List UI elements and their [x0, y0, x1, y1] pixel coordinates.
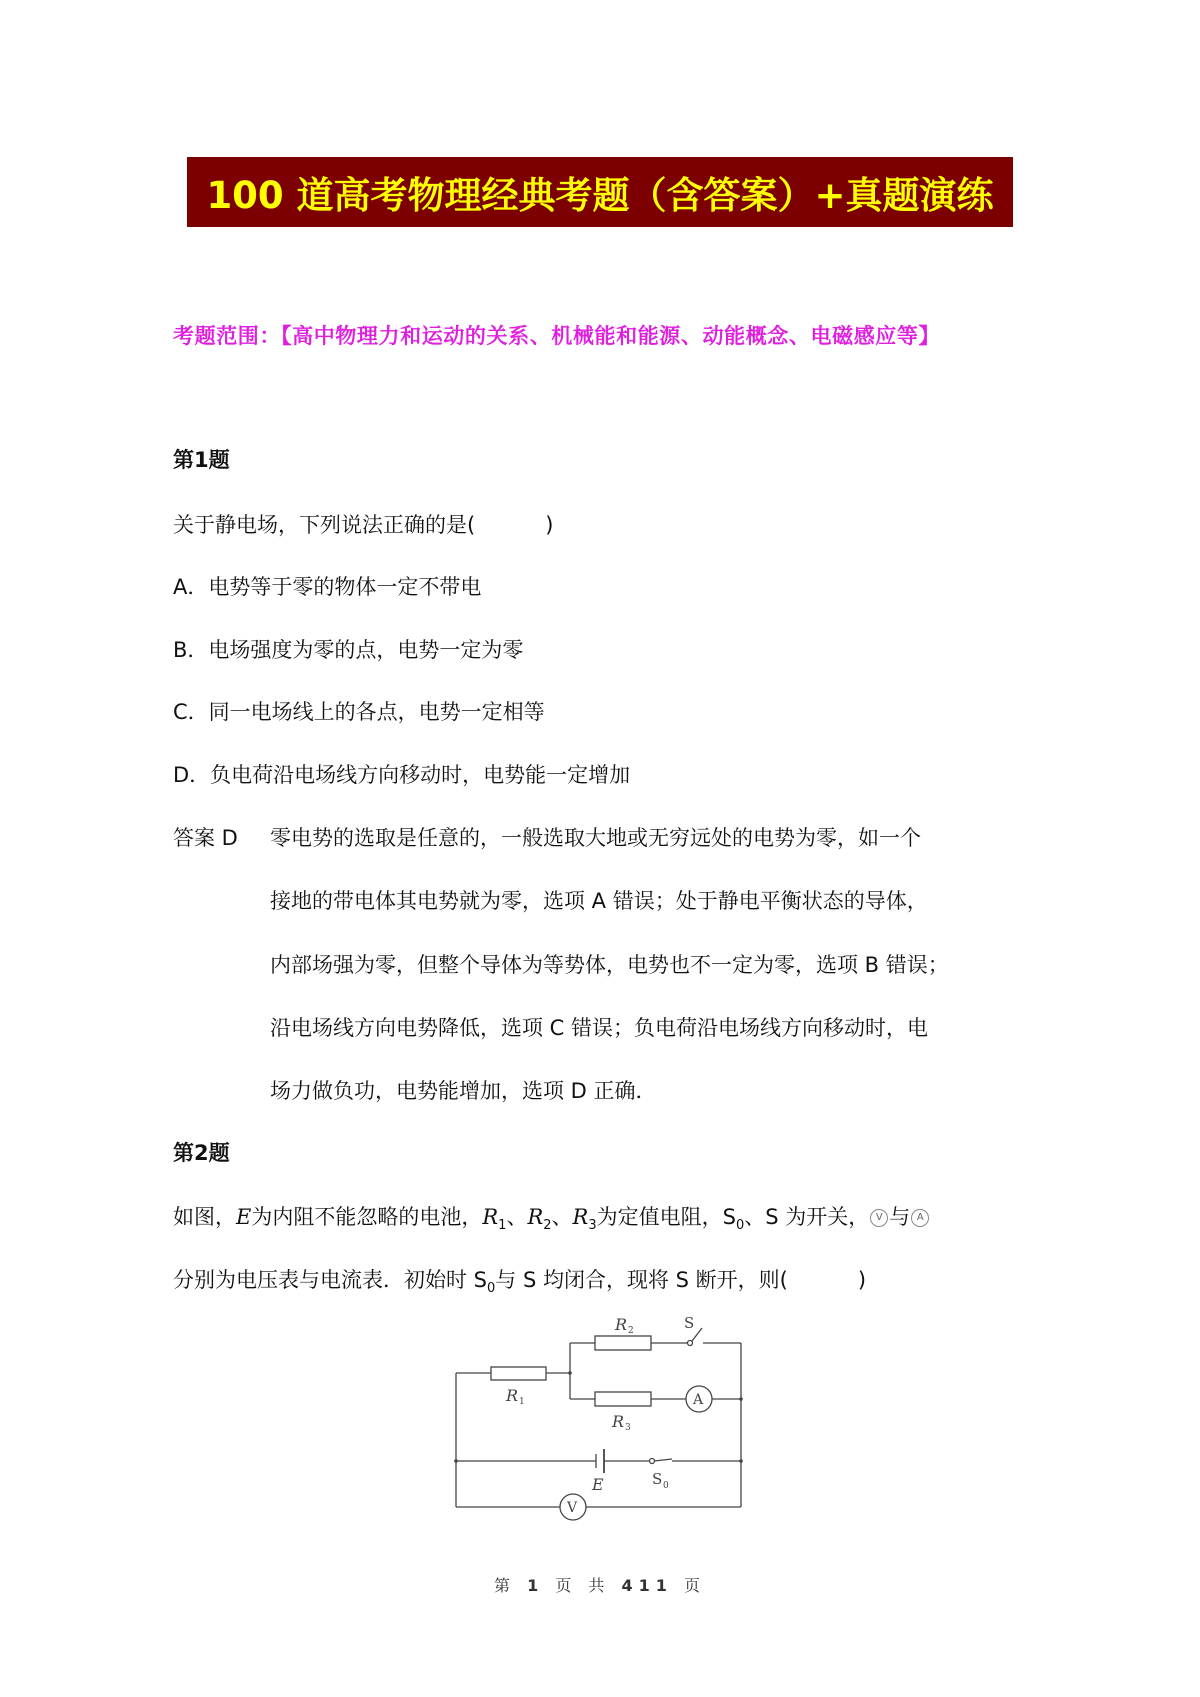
voltmeter-label: V — [566, 1500, 578, 1516]
question-1-stem: 关于静电场，下列说法正确的是() — [173, 510, 553, 540]
document-title-banner: 100 道高考物理经典考题（含答案）+真题演练 — [187, 157, 1013, 227]
question-2-stem-line-2: 分别为电压表与电流表．初始时 S0与 S 均闭合，现将 S 断开，则() — [173, 1265, 866, 1304]
document-title: 100 道高考物理经典考题（含答案）+真题演练 — [206, 165, 993, 219]
current-page: 1 — [527, 1576, 544, 1595]
answer-line: 接地的带电体其电势就为零，选项 A 错误；处于静电平衡状态的导体， — [270, 886, 928, 916]
switch-s0-label: S — [652, 1470, 662, 1488]
answer-line: 零电势的选取是任意的，一般选取大地或无穷远处的电势为零，如一个 — [270, 823, 921, 853]
answer-line: 沿电场线方向电势降低，选项 C 错误；负电荷沿电场线方向移动时，电 — [270, 1013, 928, 1043]
ammeter-label: A — [692, 1392, 704, 1408]
total-pages: 411 — [622, 1576, 673, 1595]
ammeter-icon: A — [911, 1209, 929, 1227]
svg-text:2: 2 — [628, 1326, 634, 1336]
question-2-heading: 第2题 — [173, 1138, 230, 1168]
circuit-diagram: R 2 R 1 R 3 S A E S 0 V — [440, 1310, 760, 1540]
svg-text:1: 1 — [519, 1397, 525, 1407]
r2-label: R — [614, 1315, 627, 1334]
switch-s-label: S — [684, 1314, 694, 1332]
answer-line: 场力做负功，电势能增加，选项 D 正确． — [270, 1076, 657, 1106]
battery-label: E — [591, 1475, 604, 1494]
option-c: C．同一电场线上的各点，电势一定相等 — [173, 697, 545, 727]
answer-line: 内部场强为零，但整个导体为等势体，电势也不一定为零，选项 B 错误； — [270, 950, 949, 980]
exam-scope: 考题范围：【高中物理力和运动的关系、机械能和能源、动能概念、电磁感应等】 — [173, 320, 940, 350]
answer-label: 答案 D — [173, 823, 238, 853]
page-footer: 第 1 页 共 411 页 — [0, 1573, 1200, 1596]
r3-label: R — [611, 1412, 624, 1431]
svg-text:0: 0 — [663, 1481, 669, 1491]
svg-text:3: 3 — [625, 1423, 631, 1433]
question-2-stem-line-1: 如图，E为内阻不能忽略的电池，R1、R2、R3为定值电阻，S0、S 为开关，V与… — [173, 1202, 930, 1241]
r1-label: R — [505, 1386, 518, 1405]
question-1-heading: 第1题 — [173, 445, 230, 475]
option-b: B．电场强度为零的点，电势一定为零 — [173, 635, 523, 665]
voltmeter-icon: V — [870, 1209, 888, 1227]
option-d: D．负电荷沿电场线方向移动时，电势能一定增加 — [173, 760, 630, 790]
option-a: A．电势等于零的物体一定不带电 — [173, 572, 481, 602]
